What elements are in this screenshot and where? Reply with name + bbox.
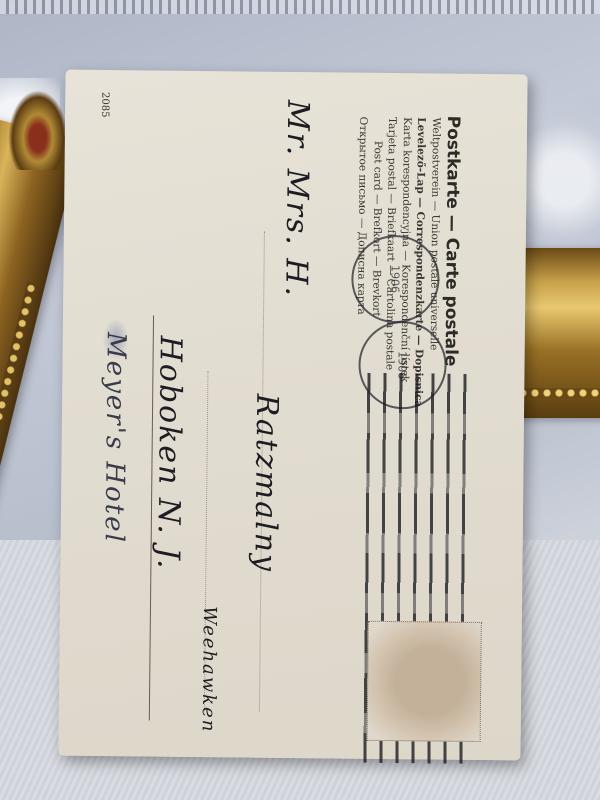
frame-bead-molding: [0, 281, 37, 555]
postcard: 2085 Postkarte — Carte postale Weltpostv…: [58, 70, 527, 761]
handwritten-recipient: Mr. Mrs. H.: [278, 100, 315, 298]
postmark-circle: 1906: [351, 235, 440, 324]
handwritten-surname: Ratzmalny: [247, 394, 284, 574]
frame-ornament: [8, 90, 68, 170]
lace-cloth-edge: [0, 0, 600, 14]
handwritten-city: Hoboken N. J.: [150, 336, 187, 571]
stamp-residue: [367, 621, 482, 742]
handwritten-hotel: Meyer's Hotel: [99, 332, 131, 544]
frame-bead-molding: [517, 388, 600, 398]
serial-number: 2085: [99, 92, 110, 118]
postmark-date: 1906: [353, 237, 438, 322]
handwritten-note: Weehawken: [198, 606, 220, 733]
